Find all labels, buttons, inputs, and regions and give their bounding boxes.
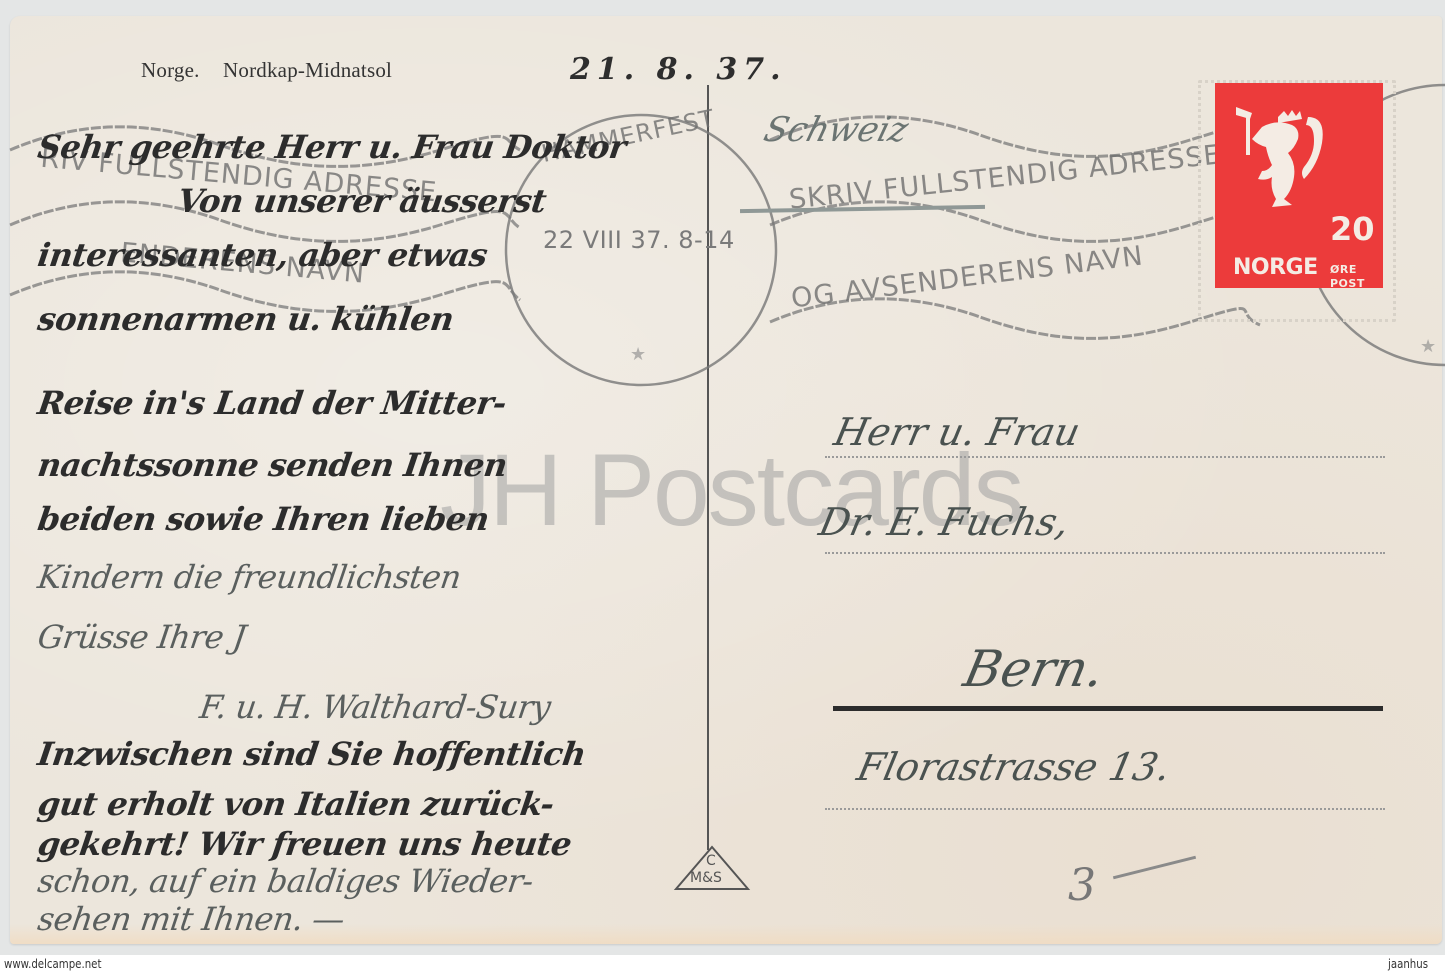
stamp-country: NORGE (1233, 255, 1318, 280)
message-line: sehen mit Ihnen. — (35, 900, 346, 938)
publisher-mark-top: C (706, 853, 716, 869)
handwritten-date: 21. 8. 37. (570, 52, 787, 87)
pencil-note: 3 (1068, 860, 1096, 911)
message-line: interessanten, aber etwas (35, 236, 489, 274)
printed-caption: Norge. Nordkap-Midnatsol (141, 58, 410, 83)
address-dotted-line (825, 808, 1385, 810)
country-note: Schweiz (760, 110, 913, 150)
address-dotted-line (825, 456, 1385, 458)
address-solid-line (833, 706, 1383, 711)
caption-title: Nordkap-Midnatsol (223, 58, 392, 82)
message-line: gekehrt! Wir freuen uns heute (35, 825, 573, 863)
publisher-mark-bottom: M&S (690, 870, 722, 886)
stamp-unit-ore: ØRE (1330, 263, 1357, 276)
message-line: nachtssonne senden Ihnen (35, 446, 509, 484)
message-line: schon, auf ein baldiges Wieder- (35, 862, 535, 900)
message-line: Grüsse Ihre J (35, 618, 248, 656)
address-line-4: Florastrasse 13. (853, 745, 1174, 789)
message-line: beiden sowie Ihren lieben (35, 500, 491, 538)
caption-country: Norge. (141, 58, 200, 82)
footer-seller[interactable]: jaanhus (1388, 957, 1428, 971)
message-line: Kindern die freundlichsten (35, 558, 463, 596)
stamp-value: 20 (1330, 210, 1375, 248)
address-line-1: Herr u. Frau (830, 410, 1084, 454)
message-line: gut erholt von Italien zurück- (35, 785, 556, 823)
address-line-3: Bern. (959, 640, 1110, 698)
stamp-unit-post: POST (1330, 277, 1365, 290)
address-dotted-line (825, 552, 1385, 554)
footer-site-link[interactable]: www.delcampe.net (4, 957, 101, 971)
postmark-date: 22 VIII 37. 8-14 (543, 226, 735, 254)
norwegian-lion-icon (1232, 97, 1332, 217)
message-line: Reise in's Land der Mitter- (35, 384, 508, 422)
message-line: Sehr geehrte Herr u. Frau Doktor (35, 128, 628, 166)
message-line: sonnenarmen u. kühlen (35, 300, 456, 338)
address-line-2: Dr. E. Fuchs, (815, 500, 1073, 544)
message-line: Von unserer äusserst (175, 182, 548, 220)
signature-line: F. u. H. Walthard-Sury (197, 688, 553, 726)
message-line: Inzwischen sind Sie hoffentlich (35, 735, 588, 773)
